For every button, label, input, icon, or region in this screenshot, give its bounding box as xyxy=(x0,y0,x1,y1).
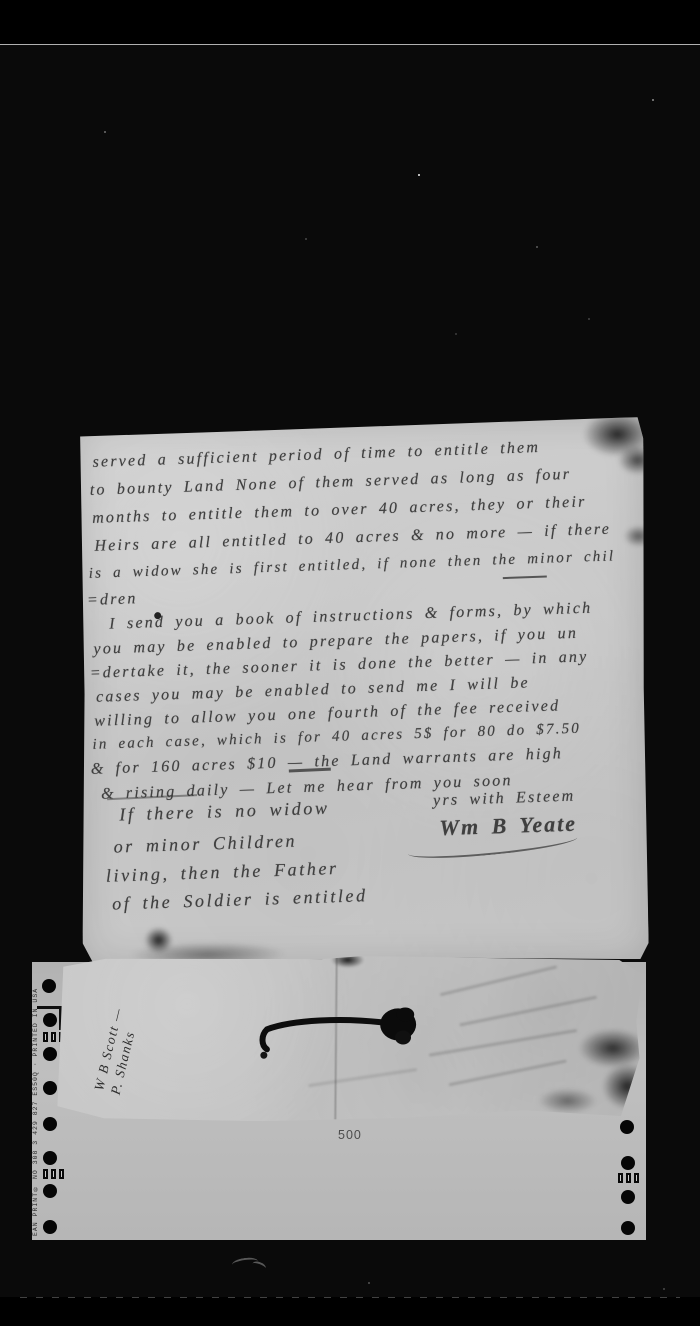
frame-bottom-edge-line xyxy=(20,1297,680,1298)
sprocket-hole xyxy=(43,1047,57,1061)
sprocket-hole xyxy=(620,1120,634,1134)
frame-marker-bracket xyxy=(37,1006,62,1030)
edge-blotch xyxy=(537,1088,597,1115)
sprocket-hole xyxy=(43,1081,57,1095)
sprocket-hole xyxy=(621,1156,635,1170)
docket-strip-paper: W B Scott — P. Shanks xyxy=(57,953,642,1124)
frame-top-edge-line xyxy=(0,44,700,45)
wax-tie-ink-mark xyxy=(253,1003,444,1069)
sprocket-hole xyxy=(621,1221,635,1235)
ink-blot xyxy=(154,612,161,619)
frame-number: 500 xyxy=(338,1128,362,1142)
letter-line: =dren xyxy=(87,591,138,609)
sprocket-hole xyxy=(43,1184,57,1198)
letter-page: served a sufficient period of time to en… xyxy=(77,417,649,965)
sprocket-hole xyxy=(43,1117,57,1131)
film-code-marks xyxy=(618,1173,639,1183)
sprocket-hole xyxy=(42,979,56,993)
sprocket-hole xyxy=(621,1190,635,1204)
film-edge-printing: EAN PRINT® NO 308 3 429 827 ES50Q · PRIN… xyxy=(32,964,45,1236)
microfilm-scan: served a sufficient period of time to en… xyxy=(0,0,700,1326)
sprocket-hole xyxy=(43,1220,57,1234)
sprocket-hole xyxy=(43,1151,57,1165)
film-code-marks xyxy=(43,1169,64,1179)
film-dust-specks xyxy=(0,0,2,2)
